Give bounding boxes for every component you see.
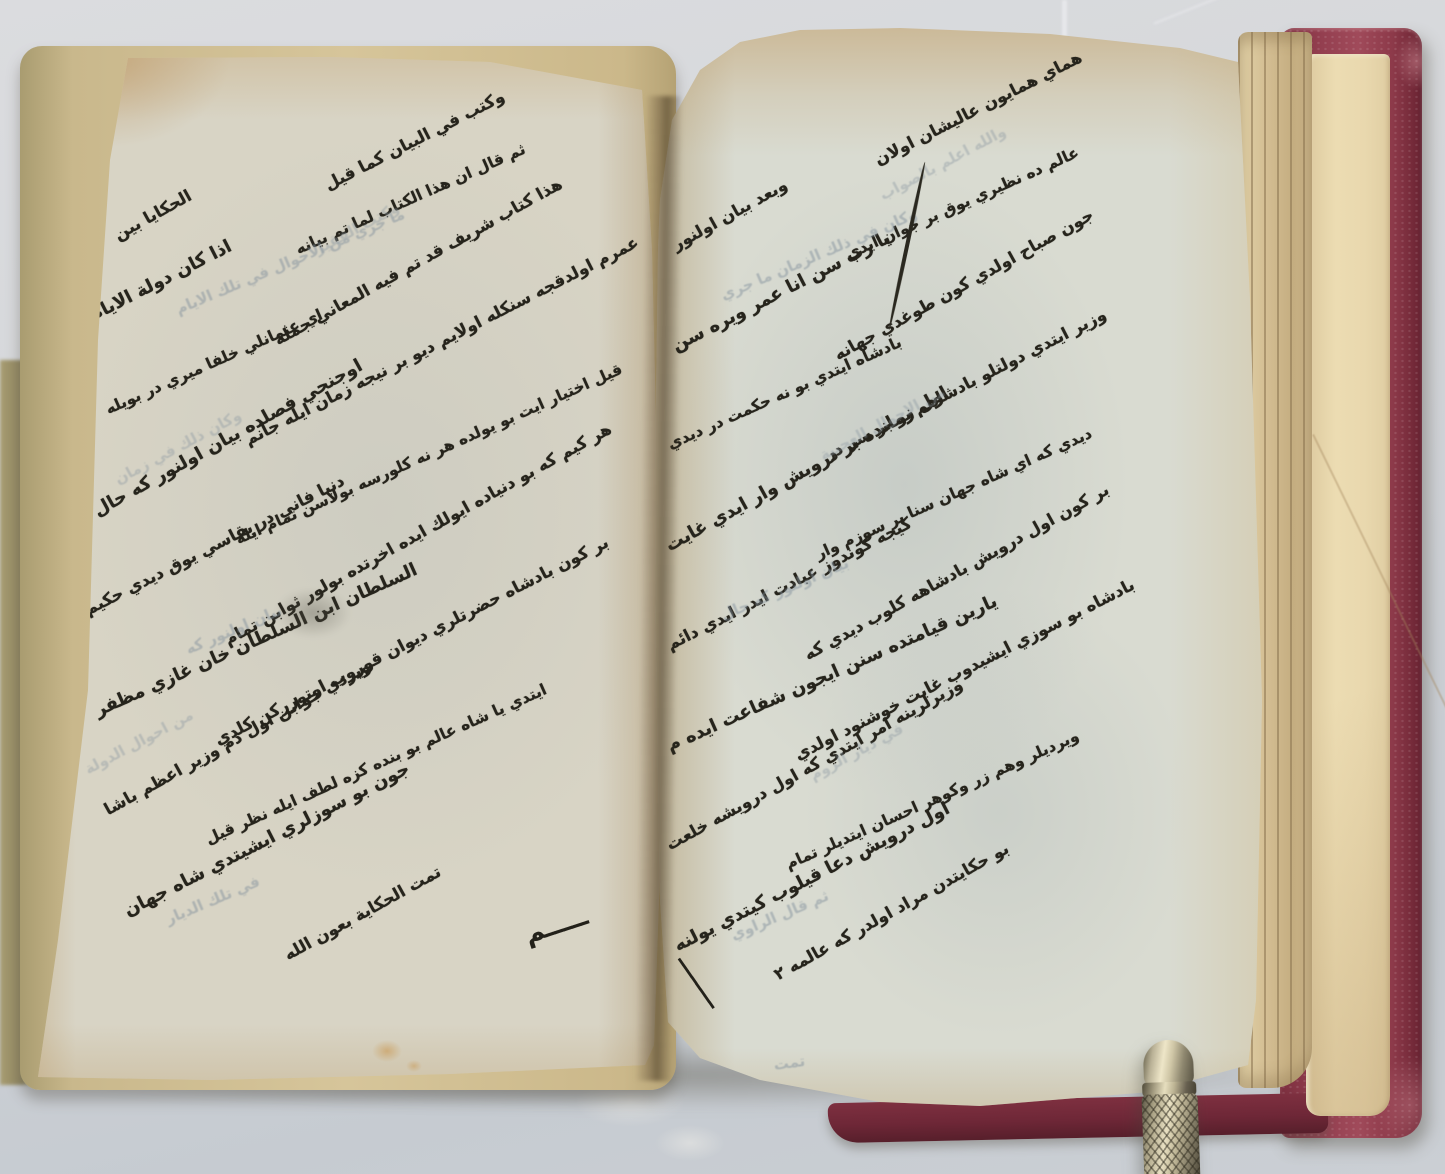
ink-smudge [275, 588, 351, 638]
backdrop-stain [655, 1125, 725, 1161]
ghost-script-line: وكان ذلك في زمان [112, 406, 245, 488]
ghost-script-line: تمت [772, 1052, 806, 1074]
ghost-script-line: في تلك الديار [163, 872, 263, 928]
metal-clasp-pin [1140, 1039, 1201, 1174]
ghost-script-line: في ديار الروم [807, 720, 907, 784]
endpaper-strip [1306, 54, 1390, 1116]
clasp-dome-top [1143, 1039, 1195, 1087]
ghost-script-line: بيان اولنور كه [183, 601, 285, 658]
right-page: هماي همايون عاليشان اولانوبعد بيان اولنو… [655, 26, 1279, 1118]
photo-scene: 15 وكتب في البيان كما قيلالحكايا بينثم ق… [0, 0, 1445, 1174]
ghost-script-line: من الاحوال العجيبة [817, 383, 948, 464]
clasp-engraved-shaft [1141, 1093, 1200, 1174]
right-page-bleedthrough: وكان في ذلك الزمان ما جريمن الاحوال العج… [655, 26, 1279, 1118]
foxing-stain [406, 1060, 422, 1072]
ghost-script-line: والله اعلم بالصواب [877, 122, 1009, 204]
ghost-script-line: بيان اولنور كه حال [718, 554, 852, 624]
ghost-script-line: من احوال الدولة [82, 706, 197, 778]
backdrop-scratch [1154, 0, 1257, 25]
endpaper-crease [1312, 434, 1445, 812]
left-page: 15 وكتب في البيان كما قيلالحكايا بينثم ق… [30, 40, 670, 1088]
ghost-script-line: وكان في ذلك الزمان ما جري [718, 205, 920, 304]
foxing-stain [372, 1040, 402, 1062]
ghost-script-line: ثم قال الراوي [728, 887, 831, 944]
